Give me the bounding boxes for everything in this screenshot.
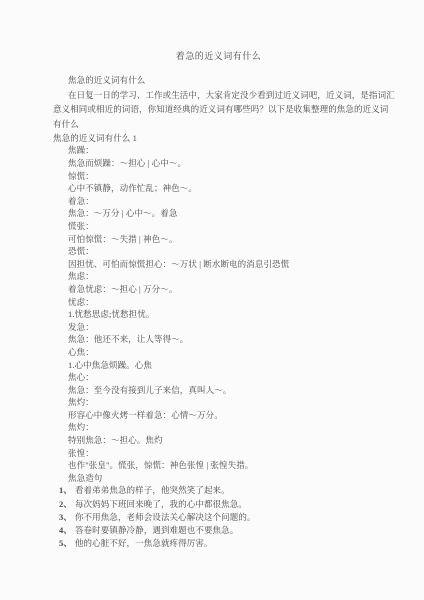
text-line: 焦灼： (53, 396, 384, 409)
text-line: 焦躁： (53, 144, 384, 157)
text-line: 焦急：至今没有接到儿子来信，真叫人～。 (53, 384, 384, 397)
section-heading: 焦急造句 (53, 472, 384, 485)
text-line: 忧虑： (53, 296, 384, 309)
text-line: 特别焦急：～担心。焦灼 (53, 434, 384, 447)
text-line: 焦急：～万分 | 心中～。着急 (53, 207, 384, 220)
text-line: 意义相同或相近的词语，你知道经典的近义词有哪些吗？以下是收集整理的焦急的近义词 (53, 102, 384, 117)
text-line: 在日复一日的学习、工作或生活中，大家肯定没少看到过近义词吧，近义词，是指词汇 (53, 88, 384, 103)
text-line: 形容心中像火烤一样着急：心情～万分。 (53, 409, 384, 422)
sentence-line: 2、每次妈妈下班回来晚了，我的心中都很焦急。 (53, 498, 384, 511)
text-line: 慌张： (53, 220, 384, 233)
section-heading: 焦急的近义词有什么 1 (53, 132, 384, 145)
sentence-line: 5、他的心脏不好，一焦急就疼得厉害。 (53, 537, 384, 550)
sentence-number: 4、 (59, 525, 72, 535)
sentence-number: 3、 (59, 512, 72, 522)
text-line: 心中不镇静，动作忙乱；神色～。 (53, 182, 384, 195)
sentence-text: 看着弟弟焦急的样子，他突然笑了起来。 (75, 485, 230, 495)
text-line: 惊慌： (53, 170, 384, 183)
sentence-line: 1、看着弟弟焦急的样子，他突然笑了起来。 (53, 484, 384, 497)
text-line: 发急： (53, 321, 384, 334)
text-line: 焦急：他还不来，让人等得～。 (53, 333, 384, 346)
text-line: 焦灼： (53, 421, 384, 434)
sentence-text: 答卷时要镇静冷静，遇到难题也不要焦急。 (75, 525, 238, 535)
text-line: 1.心中焦急烦躁。心焦 (53, 359, 384, 372)
text-line: 因担忧、可怕而惊慌担心：～万状 | 断水断电的消息引恐慌 (53, 258, 384, 271)
document-page: 着急的近义词有什么 焦急的近义词有什么在日复一日的学习、工作或生活中，大家肯定没… (0, 0, 424, 600)
text-line: 焦虑： (53, 270, 384, 283)
text-line: 恐慌： (53, 245, 384, 258)
text-line: 焦急而烦躁：～担心 | 心中～。 (53, 157, 384, 170)
text-line: 焦心： (53, 371, 384, 384)
sentence-line: 4、答卷时要镇静冷静，遇到难题也不要焦急。 (53, 524, 384, 537)
text-line: 可怕惊慌：～失措 | 神色～。 (53, 233, 384, 246)
sentence-text: 你不用焦急，老师会设法关心解决这个问题的。 (75, 512, 256, 522)
sentence-text: 每次妈妈下班回来晚了，我的心中都很焦急。 (75, 499, 247, 509)
text-line: 也作"张皇"。慌张，惊慌：神色张惶 | 张惶失措。 (53, 459, 384, 472)
sentence-number: 1、 (59, 485, 72, 495)
sentence-number: 5、 (59, 538, 72, 548)
text-line: 焦急的近义词有什么 (53, 73, 384, 88)
sentence-text: 他的心脏不好，一焦急就疼得厉害。 (75, 538, 213, 548)
text-line: 着急忧虑：～担心 | 万分～。 (53, 283, 384, 296)
text-line: 张惶： (53, 447, 384, 460)
sentence-line: 3、你不用焦急，老师会设法关心解决这个问题的。 (53, 511, 384, 524)
document-body: 焦急的近义词有什么在日复一日的学习、工作或生活中，大家肯定没少看到过近义词吧，近… (53, 73, 384, 550)
sentence-number: 2、 (59, 499, 72, 509)
text-line: 着急： (53, 195, 384, 208)
text-line: 1.忧愁思虑;忧愁担忧。 (53, 308, 384, 321)
document-title: 着急的近义词有什么 (53, 50, 384, 62)
text-line: 心焦： (53, 346, 384, 359)
text-line: 有什么 (53, 117, 384, 132)
